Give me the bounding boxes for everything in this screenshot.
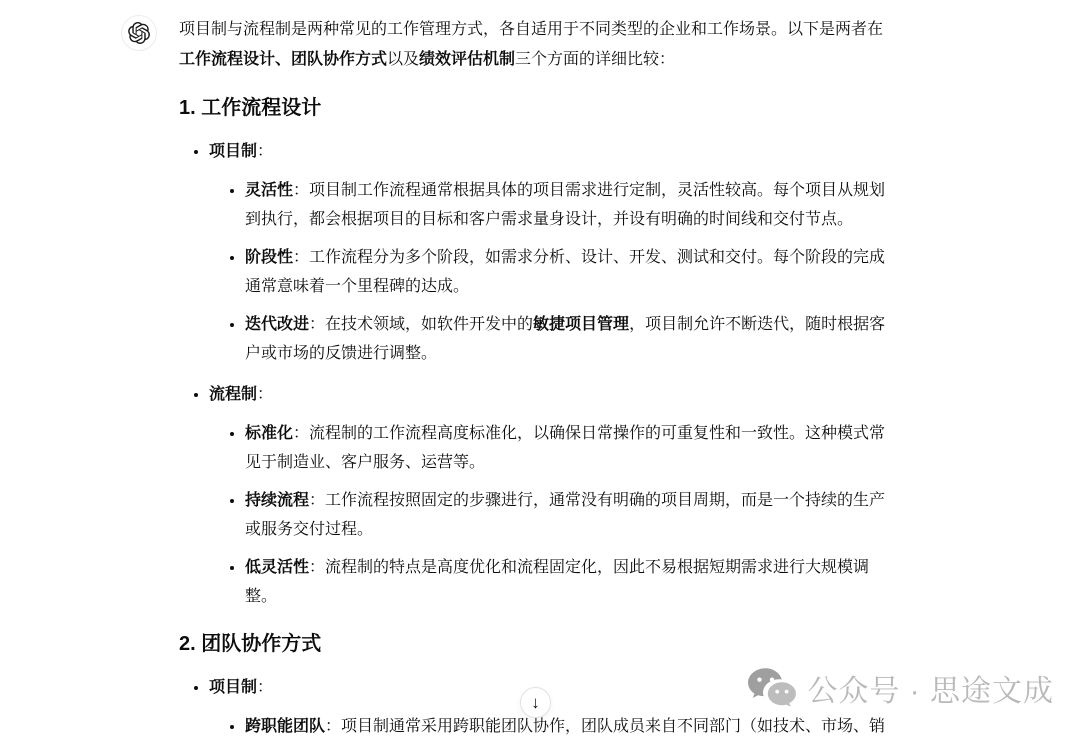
item-colon: ： bbox=[293, 249, 309, 266]
section-heading-2: 2. 团队协作方式 bbox=[179, 631, 895, 657]
list-item: 灵活性：项目制工作流程通常根据具体的项目需求进行定制，灵活性较高。每个项目从规划… bbox=[245, 176, 895, 234]
message-content: 项目制与流程制是两种常见的工作管理方式，各自适用于不同类型的企业和工作场景。以下… bbox=[179, 15, 895, 738]
group-sublist: 灵活性：项目制工作流程通常根据具体的项目需求进行定制，灵活性较高。每个项目从规划… bbox=[209, 176, 895, 368]
item-colon: ： bbox=[293, 425, 309, 442]
section-heading-1: 1. 工作流程设计 bbox=[179, 95, 895, 121]
item-desc: 在技术领域，如软件开发中的 bbox=[325, 316, 533, 333]
group-label-text: 流程制 bbox=[209, 386, 257, 403]
assistant-avatar bbox=[121, 15, 157, 51]
intro-text-2: 以及 bbox=[387, 51, 419, 68]
item-desc: 工作流程按照固定的步骤进行，通常没有明确的项目周期，而是一个持续的生产或服务交付… bbox=[245, 492, 885, 538]
group-sublist: 标准化：流程制的工作流程高度标准化，以确保日常操作的可重复性和一致性。这种模式常… bbox=[209, 419, 895, 611]
list-item: 阶段性：工作流程分为多个阶段，如需求分析、设计、开发、测试和交付。每个阶段的完成… bbox=[245, 243, 895, 301]
list-item: 低灵活性：流程制的特点是高度优化和流程固定化，因此不易根据短期需求进行大规模调整… bbox=[245, 553, 895, 611]
item-colon: ： bbox=[309, 492, 325, 509]
list-item: 标准化：流程制的工作流程高度标准化，以确保日常操作的可重复性和一致性。这种模式常… bbox=[245, 419, 895, 477]
item-colon: ： bbox=[309, 316, 325, 333]
item-desc: 流程制的特点是高度优化和流程固定化，因此不易根据短期需求进行大规模调整。 bbox=[245, 559, 869, 605]
item-text: 跨职能团队：项目制通常采用跨职能团队协作，团队成员来自不同部门（如技术、市场、销 bbox=[245, 712, 895, 738]
watermark: 公众号 · 思途文成 bbox=[747, 666, 1054, 710]
watermark-text: 公众号 · 思途文成 bbox=[807, 666, 1054, 710]
item-inline-bold: 敏捷项目管理 bbox=[533, 316, 629, 333]
item-colon: ： bbox=[293, 182, 309, 199]
arrow-down-icon: ↓ bbox=[531, 694, 540, 711]
item-desc: 工作流程分为多个阶段，如需求分析、设计、开发、测试和交付。每个阶段的完成通常意味… bbox=[245, 249, 885, 295]
scroll-to-bottom-button[interactable]: ↓ bbox=[520, 687, 551, 718]
group-label: 项目制： bbox=[209, 137, 895, 166]
list-item: 持续流程：工作流程按照固定的步骤进行，通常没有明确的项目周期，而是一个持续的生产… bbox=[245, 486, 895, 544]
item-term: 阶段性 bbox=[245, 249, 293, 266]
item-term: 迭代改进 bbox=[245, 316, 309, 333]
group-process-system: 流程制： 标准化：流程制的工作流程高度标准化，以确保日常操作的可重复性和一致性。… bbox=[209, 380, 895, 611]
group-label-colon: ： bbox=[257, 143, 273, 160]
intro-text-3: 三个方面的详细比较： bbox=[515, 51, 675, 68]
item-text: 灵活性：项目制工作流程通常根据具体的项目需求进行定制，灵活性较高。每个项目从规划… bbox=[245, 176, 895, 234]
group-label-text: 项目制 bbox=[209, 679, 257, 696]
item-term: 标准化 bbox=[245, 425, 293, 442]
group-project-system: 项目制： 灵活性：项目制工作流程通常根据具体的项目需求进行定制，灵活性较高。每个… bbox=[209, 137, 895, 368]
item-term: 低灵活性 bbox=[245, 559, 309, 576]
intro-text-1: 项目制与流程制是两种常见的工作管理方式，各自适用于不同类型的企业和工作场景。以下… bbox=[179, 21, 883, 38]
intro-paragraph: 项目制与流程制是两种常见的工作管理方式，各自适用于不同类型的企业和工作场景。以下… bbox=[179, 15, 895, 75]
group-label-colon: ： bbox=[257, 386, 273, 403]
item-desc: 流程制的工作流程高度标准化，以确保日常操作的可重复性和一致性。这种模式常见于制造… bbox=[245, 425, 885, 471]
group-label-colon: ： bbox=[257, 679, 273, 696]
item-term: 跨职能团队 bbox=[245, 718, 325, 735]
openai-logo-icon bbox=[128, 22, 150, 44]
item-term: 持续流程 bbox=[245, 492, 309, 509]
group-label-text: 项目制 bbox=[209, 143, 257, 160]
intro-bold-2: 绩效评估机制 bbox=[419, 51, 515, 68]
group-sublist: 跨职能团队：项目制通常采用跨职能团队协作，团队成员来自不同部门（如技术、市场、销 bbox=[209, 712, 895, 738]
item-text: 标准化：流程制的工作流程高度标准化，以确保日常操作的可重复性和一致性。这种模式常… bbox=[245, 419, 895, 477]
item-colon: ： bbox=[325, 718, 341, 735]
wechat-icon bbox=[747, 667, 797, 709]
item-text: 阶段性：工作流程分为多个阶段，如需求分析、设计、开发、测试和交付。每个阶段的完成… bbox=[245, 243, 895, 301]
item-colon: ： bbox=[309, 559, 325, 576]
group-label: 流程制： bbox=[209, 380, 895, 409]
item-text: 低灵活性：流程制的特点是高度优化和流程固定化，因此不易根据短期需求进行大规模调整… bbox=[245, 553, 895, 611]
item-text: 迭代改进：在技术领域，如软件开发中的敏捷项目管理，项目制允许不断迭代，随时根据客… bbox=[245, 310, 895, 368]
item-desc: 项目制工作流程通常根据具体的项目需求进行定制，灵活性较高。每个项目从规划到执行，… bbox=[245, 182, 885, 228]
list-item: 迭代改进：在技术领域，如软件开发中的敏捷项目管理，项目制允许不断迭代，随时根据客… bbox=[245, 310, 895, 368]
item-text: 持续流程：工作流程按照固定的步骤进行，通常没有明确的项目周期，而是一个持续的生产… bbox=[245, 486, 895, 544]
section-1-list: 项目制： 灵活性：项目制工作流程通常根据具体的项目需求进行定制，灵活性较高。每个… bbox=[179, 137, 895, 611]
item-desc: 项目制通常采用跨职能团队协作，团队成员来自不同部门（如技术、市场、销 bbox=[341, 718, 885, 735]
list-item: 跨职能团队：项目制通常采用跨职能团队协作，团队成员来自不同部门（如技术、市场、销 bbox=[245, 712, 895, 738]
assistant-message: 项目制与流程制是两种常见的工作管理方式，各自适用于不同类型的企业和工作场景。以下… bbox=[121, 15, 895, 738]
item-term: 灵活性 bbox=[245, 182, 293, 199]
intro-bold-1: 工作流程设计、团队协作方式 bbox=[179, 51, 387, 68]
